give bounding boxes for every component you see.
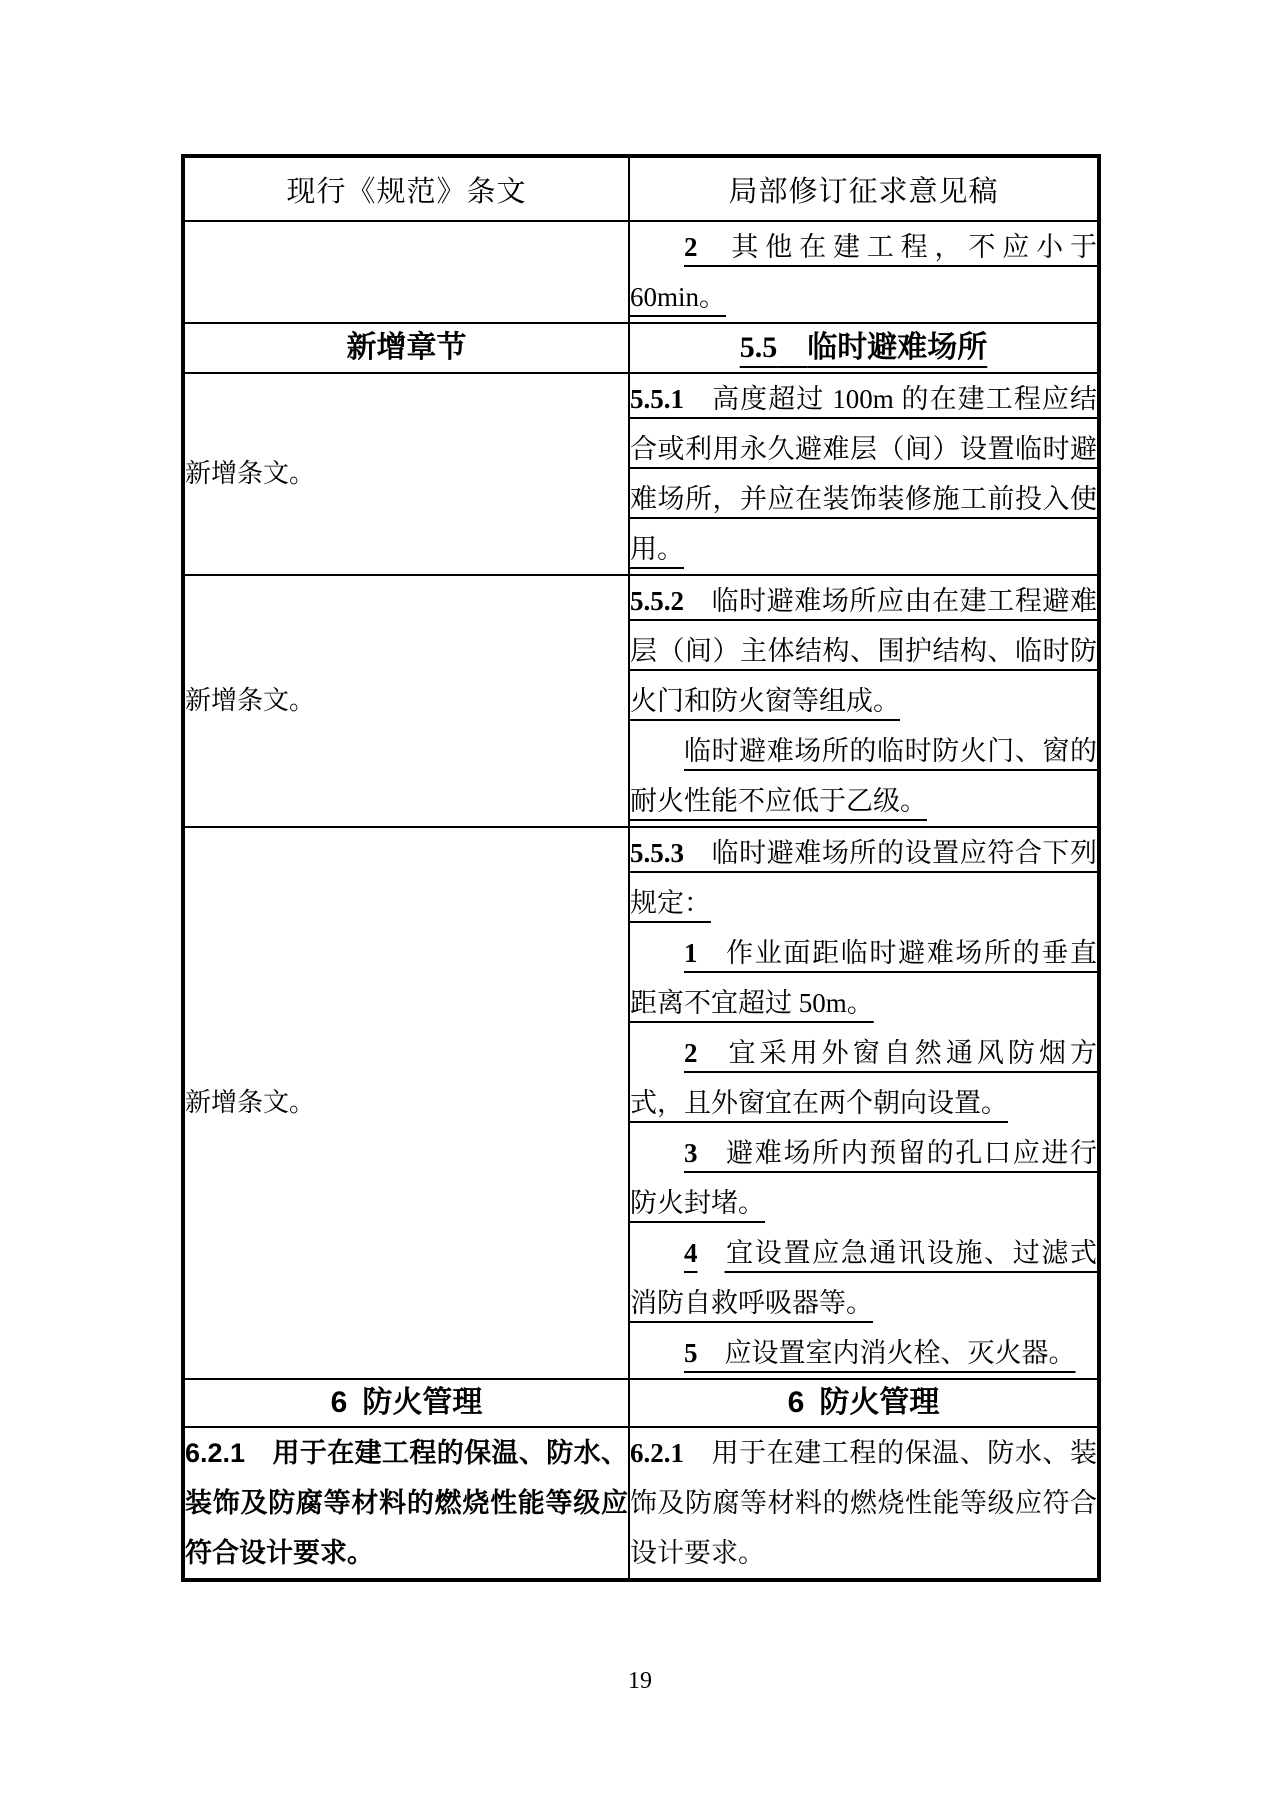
clause-text: 其他在建工程，不应小于 60min。 — [630, 232, 1097, 312]
section-heading-cell: 5.5 临时避难场所 — [629, 323, 1099, 373]
clause-paragraph: 2 宜采用外窗自然通风防烟方式，且外窗宜在两个朝向设置。 — [630, 1028, 1097, 1128]
clause-text-cell: 5.5.2 临时避难场所应由在建工程避难层（间）主体结构、围护结构、临时防火门和… — [629, 575, 1099, 827]
new-chapter-label-cell: 新增章节 — [183, 323, 629, 373]
clause-number: 2 — [684, 232, 698, 262]
clause-text: 用于在建工程的保温、防水、装饰及防腐等材料的燃烧性能等级应符合设计要求。 — [185, 1438, 628, 1568]
clause-paragraph: 4 宜设置应急通讯设施、过滤式消防自救呼吸器等。 — [630, 1228, 1097, 1328]
clause-text: 临时避难场所的设置应符合下列规定： — [630, 838, 1097, 918]
clause-text-cell: 6.2.1 用于在建工程的保温、防水、装饰及防腐等材料的燃烧性能等级应符合设计要… — [183, 1427, 629, 1580]
chapter-number: 6 — [788, 1386, 805, 1419]
new-clause-note: 新增条文。 — [185, 1088, 315, 1117]
clause-number: 6.2.1 — [630, 1438, 684, 1468]
clause-text-cell: 6.2.1 用于在建工程的保温、防水、装饰及防腐等材料的燃烧性能等级应符合设计要… — [629, 1427, 1099, 1580]
clause-number: 5 — [684, 1338, 698, 1368]
section-number: 5.5 — [740, 331, 778, 364]
table-row: 新增章节5.5 临时避难场所 — [183, 323, 1099, 373]
comparison-table: 现行《规范》条文 局部修订征求意见稿 2 其他在建工程，不应小于 60min。新… — [181, 154, 1101, 1582]
clause-paragraph: 6.2.1 用于在建工程的保温、防水、装饰及防腐等材料的燃烧性能等级应符合设计要… — [630, 1428, 1097, 1578]
clause-text-cell: 5.5.1 高度超过 100m 的在建工程应结合或利用永久避难层（间）设置临时避… — [629, 373, 1099, 575]
clause-number: 6.2.1 — [185, 1438, 245, 1468]
chapter-title: 防火管理 — [362, 1386, 482, 1419]
chapter-title: 防火管理 — [819, 1386, 939, 1419]
clause-paragraph: 6.2.1 用于在建工程的保温、防水、装饰及防腐等材料的燃烧性能等级应符合设计要… — [185, 1428, 628, 1578]
chapter-title-cell: 6 防火管理 — [183, 1379, 629, 1427]
clause-number: 5.5.1 — [630, 384, 684, 414]
clause-text-cell: 2 其他在建工程，不应小于 60min。 — [629, 221, 1099, 323]
clause-text: 作业面距临时避难场所的垂直距离不宜超过 50m。 — [630, 938, 1097, 1018]
new-chapter-label: 新增章节 — [347, 331, 467, 364]
clause-number: 2 — [684, 1038, 698, 1068]
clause-text: 高度超过 100m 的在建工程应结合或利用永久避难层（间）设置临时避难场所，并应… — [630, 384, 1097, 564]
new-clause-note-cell: 新增条文。 — [183, 373, 629, 575]
header-revision-draft-column: 局部修订征求意见稿 — [629, 156, 1099, 221]
clause-paragraph: 3 避难场所内预留的孔口应进行防火封堵。 — [630, 1128, 1097, 1228]
header-current-code-column: 现行《规范》条文 — [183, 156, 629, 221]
chapter-title-cell: 6 防火管理 — [629, 1379, 1099, 1427]
new-clause-note: 新增条文。 — [185, 459, 315, 488]
clause-paragraph: 5.5.1 高度超过 100m 的在建工程应结合或利用永久避难层（间）设置临时避… — [630, 374, 1097, 574]
clause-paragraph: 5 应设置室内消火栓、灭火器。 — [630, 1328, 1097, 1378]
new-clause-note: 新增条文。 — [185, 686, 315, 715]
clause-number: 3 — [684, 1138, 698, 1168]
table-row: 新增条文。5.5.3 临时避难场所的设置应符合下列规定：1 作业面距临时避难场所… — [183, 827, 1099, 1379]
clause-number: 5.5.2 — [630, 586, 684, 616]
table-row: 新增条文。5.5.1 高度超过 100m 的在建工程应结合或利用永久避难层（间）… — [183, 373, 1099, 575]
clause-text: 临时避难场所的临时防火门、窗的耐火性能不应低于乙级。 — [630, 736, 1097, 816]
clause-number: 4 — [684, 1238, 698, 1268]
chapter-number: 6 — [331, 1386, 348, 1419]
clause-paragraph: 2 其他在建工程，不应小于 60min。 — [630, 222, 1097, 322]
section-heading: 5.5 临时避难场所 — [740, 331, 988, 364]
table-row: 6 防火管理6 防火管理 — [183, 1379, 1099, 1427]
clause-paragraph: 5.5.3 临时避难场所的设置应符合下列规定： — [630, 828, 1097, 928]
table-row: 6.2.1 用于在建工程的保温、防水、装饰及防腐等材料的燃烧性能等级应符合设计要… — [183, 1427, 1099, 1580]
clause-text: 应设置室内消火栓、灭火器。 — [725, 1338, 1076, 1368]
document-page: 现行《规范》条文 局部修订征求意见稿 2 其他在建工程，不应小于 60min。新… — [0, 0, 1280, 1810]
empty-cell — [183, 221, 629, 323]
clause-paragraph: 1 作业面距临时避难场所的垂直距离不宜超过 50m。 — [630, 928, 1097, 1028]
new-clause-note-cell: 新增条文。 — [183, 827, 629, 1379]
table-row: 新增条文。5.5.2 临时避难场所应由在建工程避难层（间）主体结构、围护结构、临… — [183, 575, 1099, 827]
section-title: 临时避难场所 — [807, 331, 987, 364]
page-number: 19 — [0, 1668, 1280, 1695]
clause-text: 宜设置应急通讯设施、过滤式消防自救呼吸器等。 — [630, 1238, 1097, 1318]
clause-paragraph: 5.5.2 临时避难场所应由在建工程避难层（间）主体结构、围护结构、临时防火门和… — [630, 576, 1097, 726]
clause-text: 用于在建工程的保温、防水、装饰及防腐等材料的燃烧性能等级应符合设计要求。 — [630, 1438, 1097, 1568]
clause-text: 宜采用外窗自然通风防烟方式，且外窗宜在两个朝向设置。 — [630, 1038, 1097, 1118]
clause-text: 避难场所内预留的孔口应进行防火封堵。 — [630, 1138, 1097, 1218]
clause-number: 1 — [684, 938, 698, 968]
clause-number: 5.5.3 — [630, 838, 684, 868]
table-header-row: 现行《规范》条文 局部修订征求意见稿 — [183, 156, 1099, 221]
clause-paragraph: 临时避难场所的临时防火门、窗的耐火性能不应低于乙级。 — [630, 726, 1097, 826]
clause-text-cell: 5.5.3 临时避难场所的设置应符合下列规定：1 作业面距临时避难场所的垂直距离… — [629, 827, 1099, 1379]
clause-text: 临时避难场所应由在建工程避难层（间）主体结构、围护结构、临时防火门和防火窗等组成… — [630, 586, 1097, 716]
table-row: 2 其他在建工程，不应小于 60min。 — [183, 221, 1099, 323]
new-clause-note-cell: 新增条文。 — [183, 575, 629, 827]
